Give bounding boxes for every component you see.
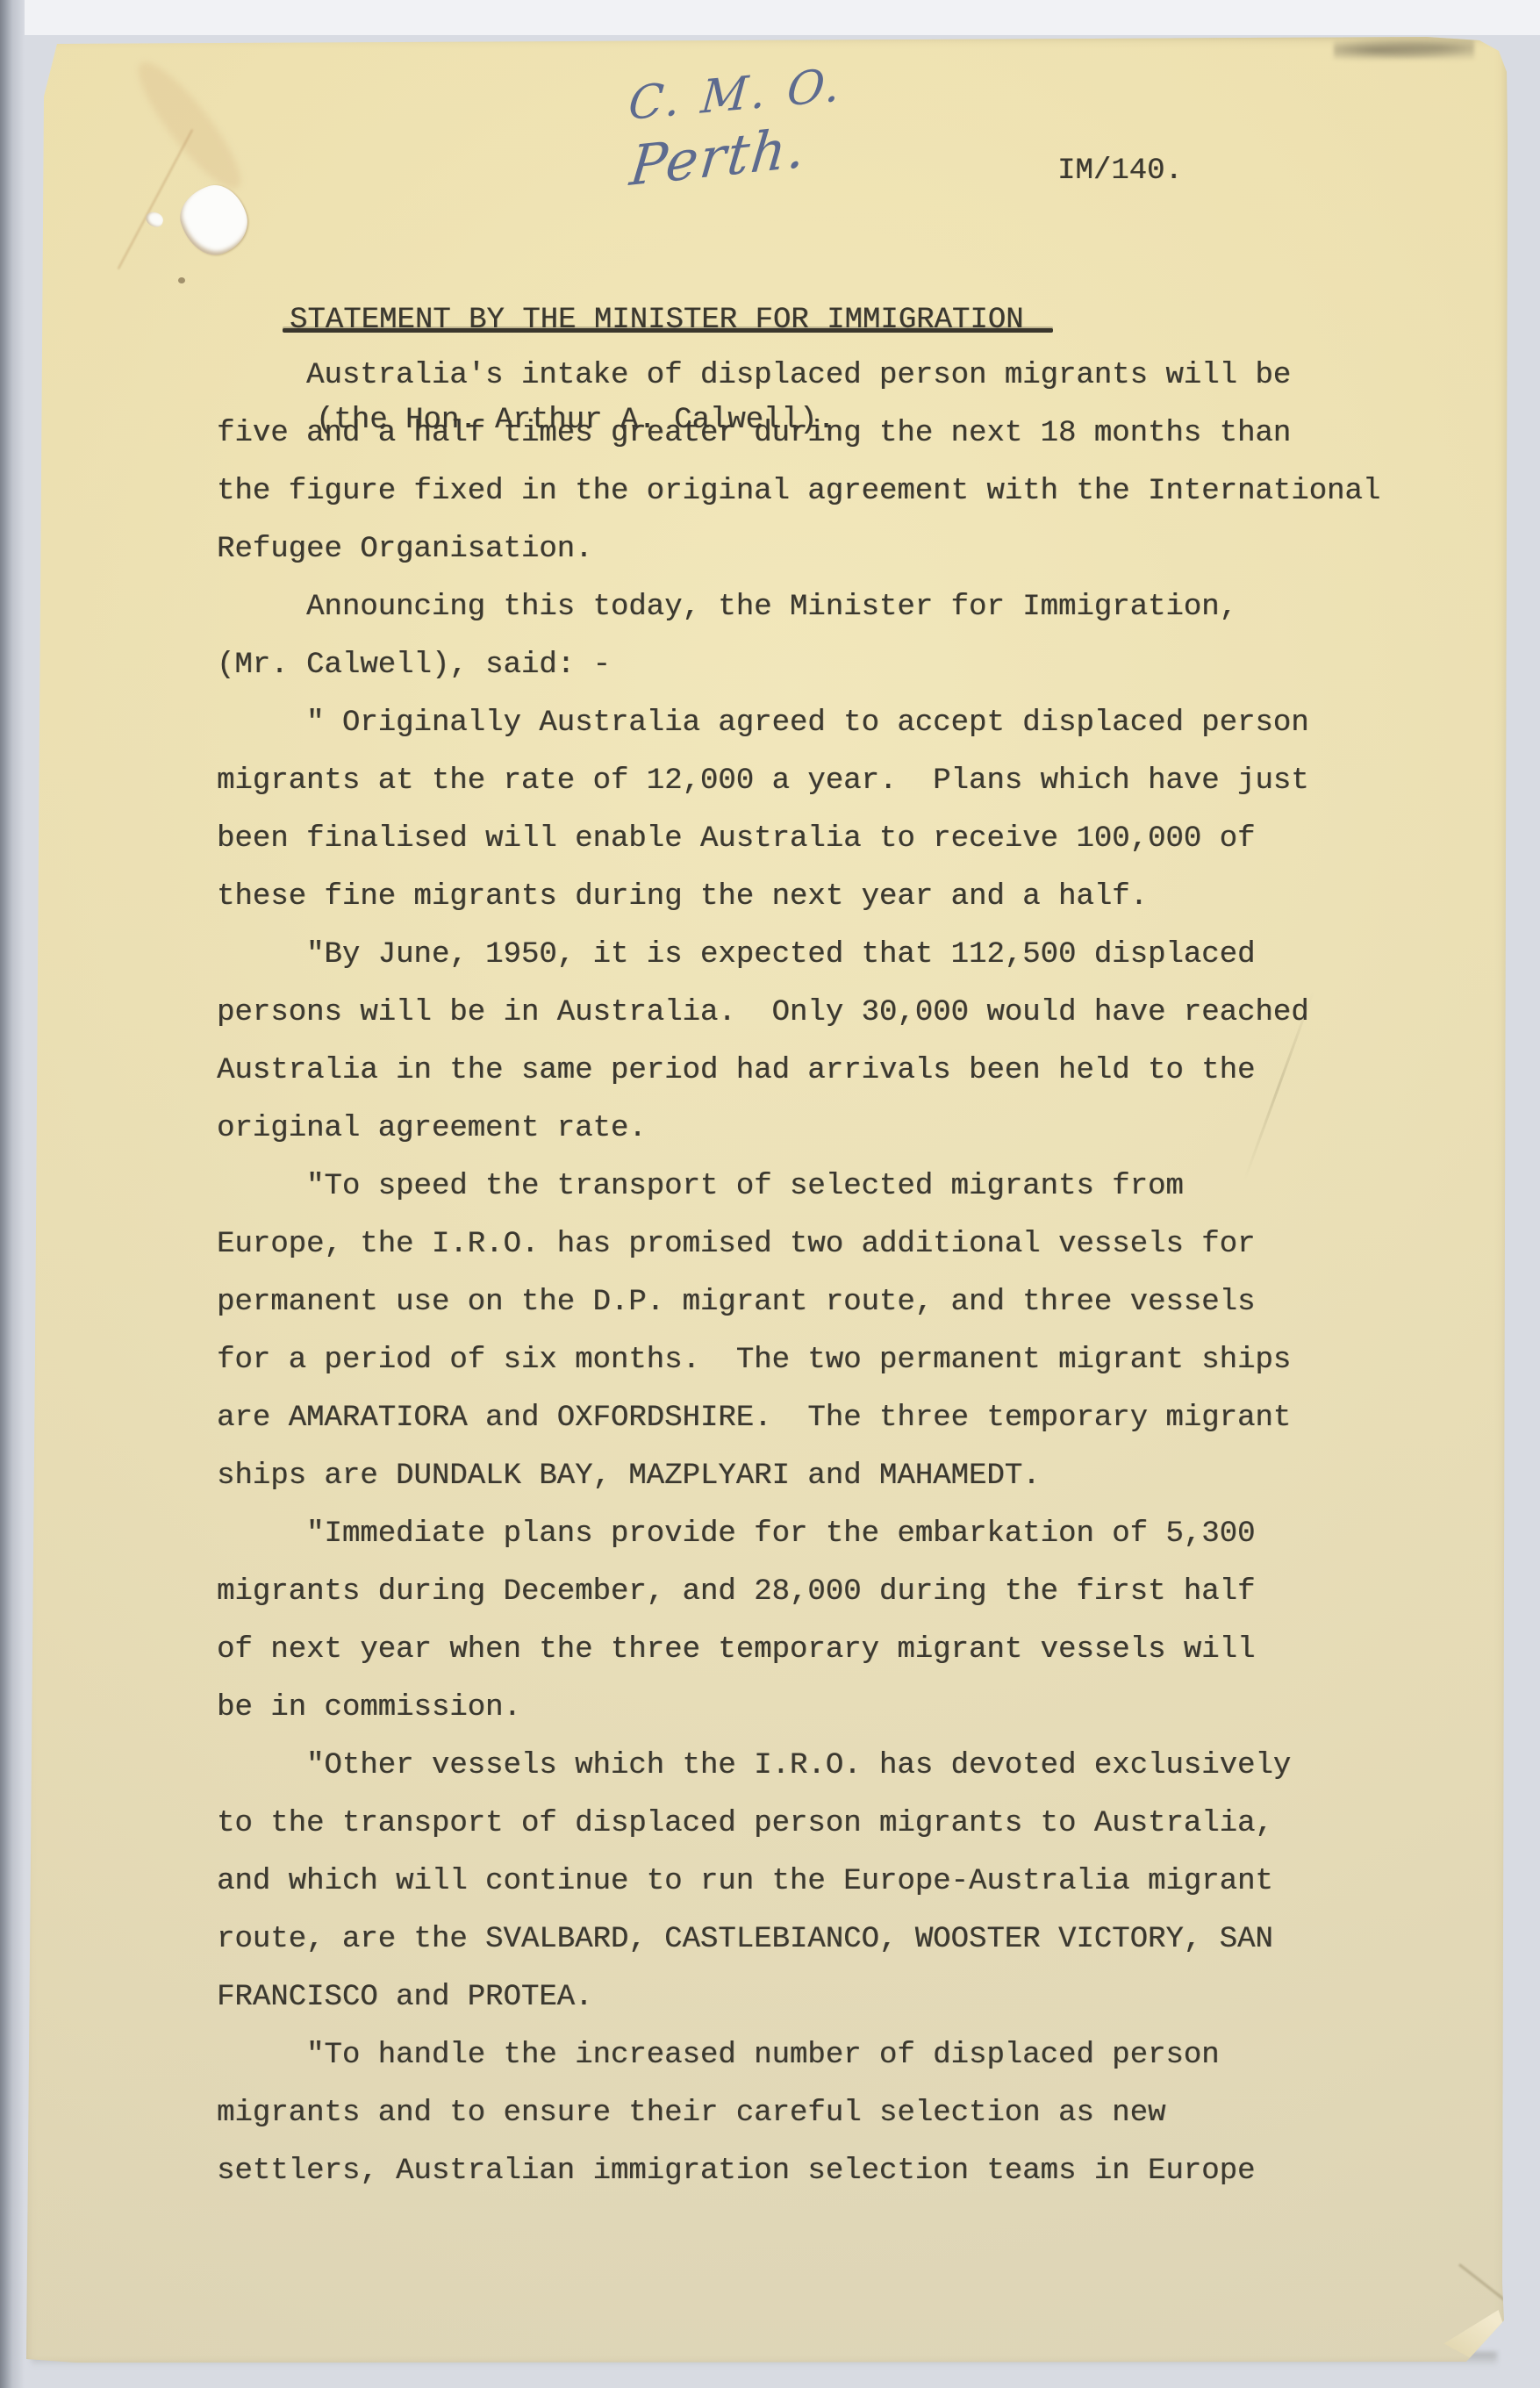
- typed-line: FRANCISCO and PROTEA.: [217, 1968, 1380, 2026]
- typed-line: migrants during December, and 28,000 dur…: [217, 1563, 1380, 1621]
- typed-line: the figure fixed in the original agreeme…: [217, 463, 1380, 520]
- typed-line: Australia's intake of displaced person m…: [217, 347, 1380, 405]
- scanner-edge-strip: [0, 0, 25, 2388]
- heading-underline: [283, 328, 1053, 333]
- paper-tear: [173, 177, 255, 262]
- scanned-document: C. M. O. Perth. IM/140. STATEMENT BY THE…: [0, 0, 1540, 2388]
- typed-line: for a period of six months. The two perm…: [217, 1331, 1380, 1389]
- typed-line: and which will continue to run the Europ…: [217, 1853, 1380, 1911]
- typed-line: persons will be in Australia. Only 30,00…: [217, 984, 1380, 1042]
- typed-line: permanent use on the D.P. migrant route,…: [217, 1273, 1380, 1331]
- handwritten-annotation-cmo: C. M. O.: [627, 59, 846, 131]
- typed-line: Europe, the I.R.O. has promised two addi…: [217, 1216, 1380, 1273]
- paper-smudge: [1334, 39, 1474, 61]
- typed-line: migrants at the rate of 12,000 a year. P…: [217, 752, 1380, 810]
- typed-line: Australia in the same period had arrival…: [217, 1042, 1380, 1100]
- paper-scratch: [118, 129, 193, 269]
- typed-line: "Immediate plans provide for the embarka…: [217, 1505, 1380, 1563]
- typed-line: these fine migrants during the next year…: [217, 868, 1380, 926]
- typed-line: Refugee Organisation.: [217, 520, 1380, 578]
- typed-line: "Other vessels which the I.R.O. has devo…: [217, 1737, 1380, 1795]
- typed-line: to the transport of displaced person mig…: [217, 1795, 1380, 1853]
- typed-line: ships are DUNDALK BAY, MAZPLYARI and MAH…: [217, 1447, 1380, 1505]
- paper-stain: [125, 51, 254, 200]
- document-body: Australia's intake of displaced person m…: [217, 347, 1380, 2200]
- typed-line: of next year when the three temporary mi…: [217, 1621, 1380, 1679]
- typed-line: migrants and to ensure their careful sel…: [217, 2084, 1380, 2142]
- reference-number: IM/140.: [1057, 154, 1183, 188]
- typed-line: be in commission.: [217, 1679, 1380, 1737]
- typed-line: settlers, Australian immigration selecti…: [217, 2142, 1380, 2200]
- typed-line: "To handle the increased number of displ…: [217, 2026, 1380, 2084]
- typed-line: " Originally Australia agreed to accept …: [217, 694, 1380, 752]
- typed-line: are AMARATIORA and OXFORDSHIRE. The thre…: [217, 1389, 1380, 1447]
- typed-line: Announcing this today, the Minister for …: [217, 578, 1380, 636]
- typed-line: been finalised will enable Australia to …: [217, 810, 1380, 868]
- typed-line: original agreement rate.: [217, 1100, 1380, 1158]
- typed-line: "By June, 1950, it is expected that 112,…: [217, 926, 1380, 984]
- scanner-bed-top-strip: [0, 0, 1540, 35]
- paper-speck: [178, 277, 185, 283]
- document-page: C. M. O. Perth. IM/140. STATEMENT BY THE…: [23, 37, 1508, 2363]
- typed-line: route, are the SVALBARD, CASTLEBIANCO, W…: [217, 1911, 1380, 1968]
- typed-line: five and a half times greater during the…: [217, 405, 1380, 463]
- folded-corner-crease: [1458, 2263, 1515, 2309]
- typed-line: "To speed the transport of selected migr…: [217, 1158, 1380, 1216]
- typed-line: (Mr. Calwell), said: -: [217, 636, 1380, 694]
